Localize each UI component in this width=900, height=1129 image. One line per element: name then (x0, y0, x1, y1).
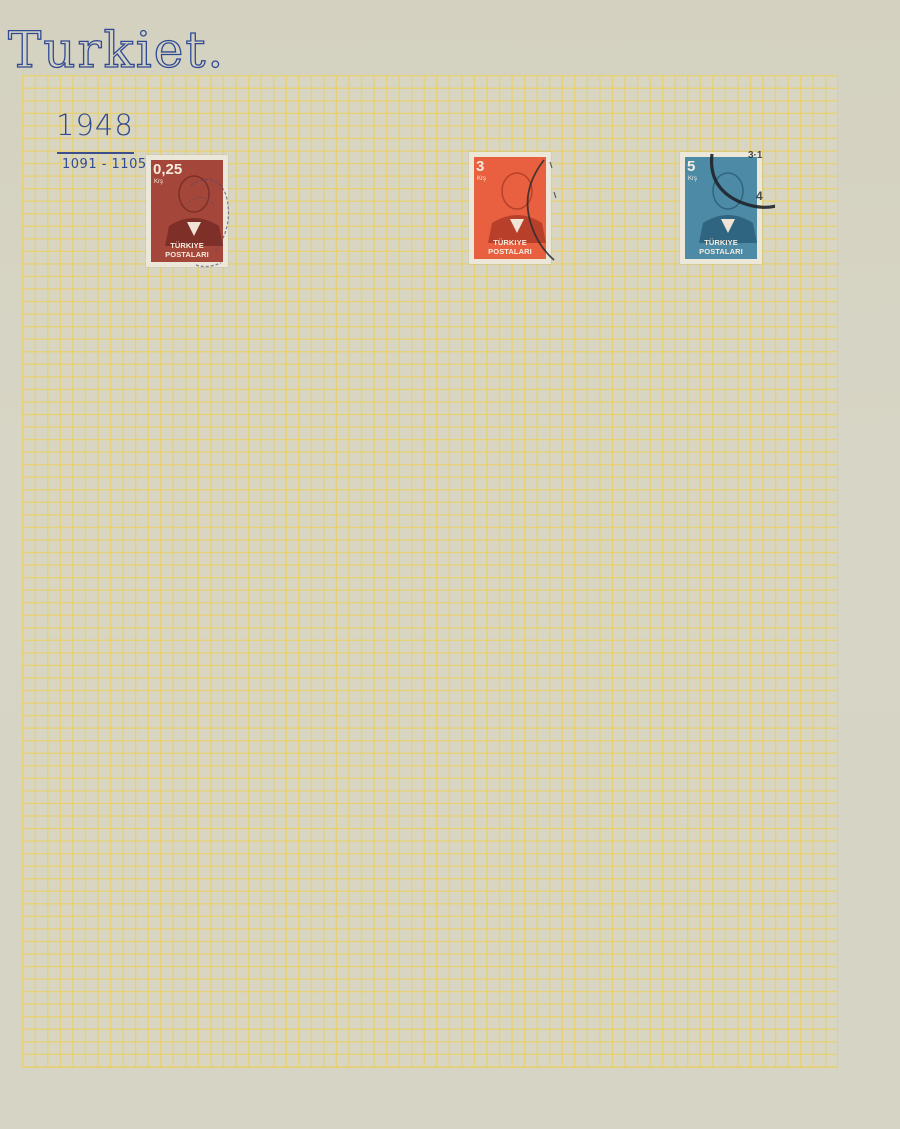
issue-year: 1948 (56, 108, 134, 142)
stamp-caption: TÜRKIYE POSTALARI (151, 241, 223, 259)
catalog-range: 1091 - 1105 (62, 157, 147, 173)
stamp-value: 0,25 (153, 162, 182, 178)
stamp-unit: Krş (154, 179, 163, 185)
stamp-caption: TÜRKIYE POSTALARI (474, 238, 546, 256)
stamp-value: 3 (476, 159, 484, 175)
portrait-icon (488, 163, 546, 243)
stamp-caption: TÜRKIYE POSTALARI (685, 238, 757, 256)
album-page: Turkiet. 1948 1091 - 1105 0,25 Krş TÜRKI… (0, 0, 900, 1129)
stamp-1[interactable]: 0,25 Krş TÜRKIYE POSTALARI (146, 155, 228, 267)
stamp-design: 5 Krş TÜRKIYE POSTALARI (685, 157, 757, 259)
year-underline (57, 152, 134, 154)
stamp-design: 3 Krş TÜRKIYE POSTALARI (474, 157, 546, 259)
stamp-unit: Krş (688, 176, 697, 182)
svg-text:4: 4 (756, 189, 763, 203)
portrait-icon (165, 166, 223, 246)
stamp-2[interactable]: 3 Krş TÜRKIYE POSTALARI (469, 152, 551, 264)
portrait-icon (699, 163, 757, 243)
stamp-design: 0,25 Krş TÜRKIYE POSTALARI (151, 160, 223, 262)
stamp-unit: Krş (477, 176, 486, 182)
stamp-value: 5 (687, 159, 695, 175)
stamp-3[interactable]: 5 Krş TÜRKIYE POSTALARI 3·1 4 (680, 152, 762, 264)
page-title: Turkiet. (8, 22, 225, 78)
